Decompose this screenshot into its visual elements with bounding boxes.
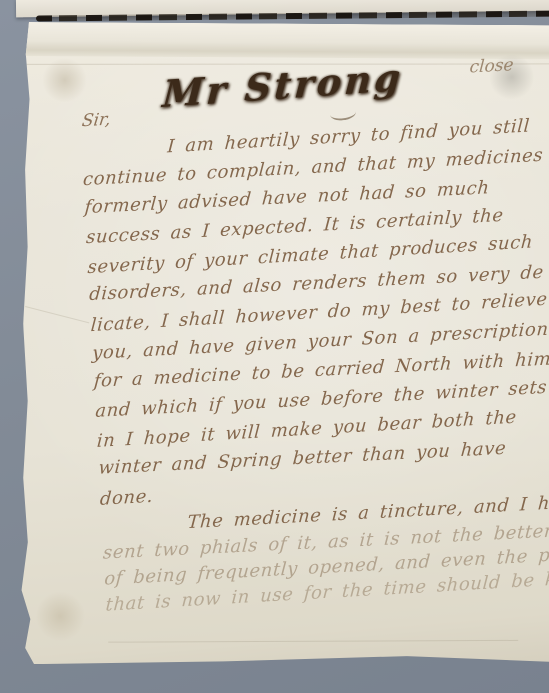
letter-page: Mr Strong Sir, I am heartily sorry to fi… — [18, 22, 549, 667]
left-edge-crease — [25, 306, 89, 323]
letter-photograph: Mr Strong Sir, I am heartily sorry to fi… — [0, 0, 549, 693]
salutation: Sir, — [81, 110, 112, 132]
fold-highlight — [22, 22, 549, 59]
handwritten-text-block: Mr Strong Sir, I am heartily sorry to fi… — [78, 53, 549, 99]
foxing-stain — [36, 590, 84, 642]
bottom-crease — [108, 640, 518, 643]
ink-flourish — [329, 105, 357, 122]
letter-body: I am heartily sorry to find you stillcon… — [81, 111, 549, 617]
